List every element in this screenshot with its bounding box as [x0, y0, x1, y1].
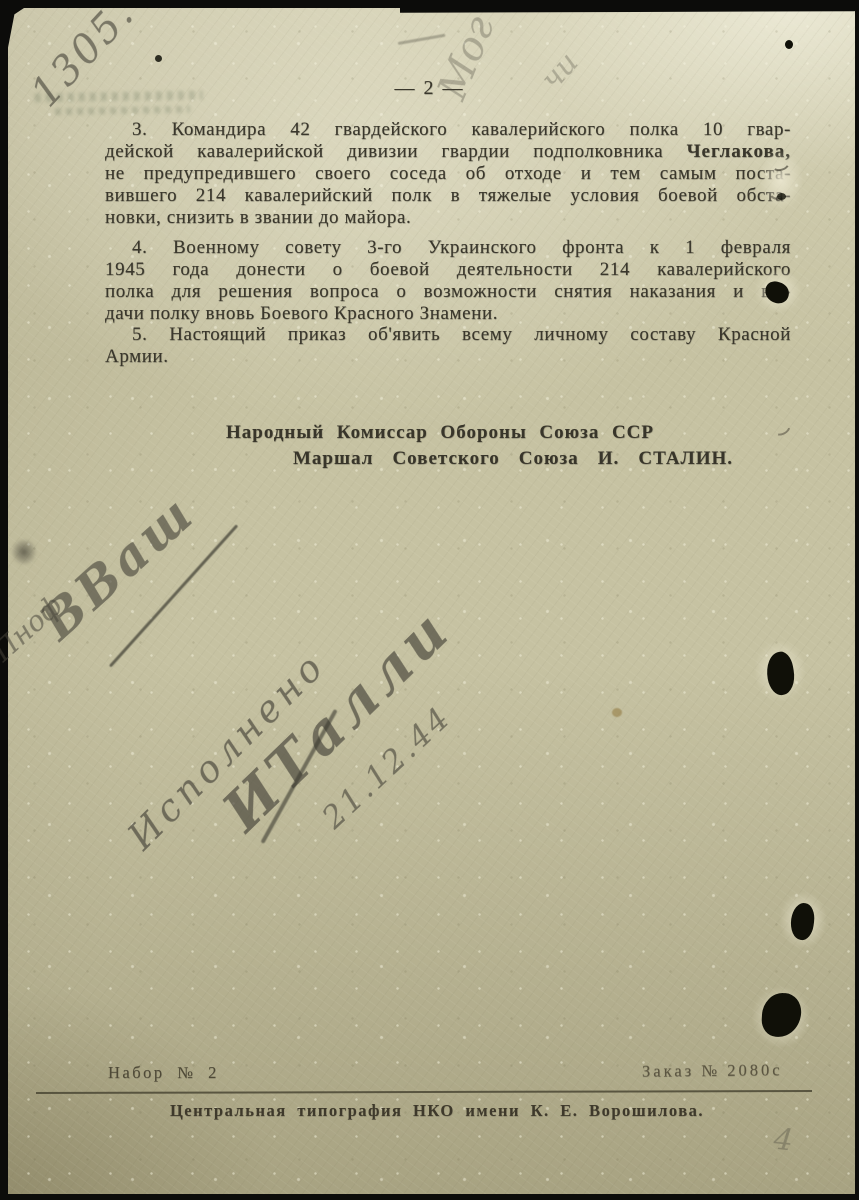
text-line: 4. Военному совету 3-го Украинского фрон… [105, 237, 791, 259]
text-line: дачи полку вновь Боевого Красного Знамен… [105, 303, 791, 325]
paragraph-4: 4. Военному совету 3-го Украинского фрон… [105, 237, 791, 325]
order-number: Заказ № 2080с [642, 1060, 783, 1081]
handwritten-corner-mark: 4 [772, 1122, 795, 1159]
bleed-line [55, 106, 189, 115]
text-line: новки, снизить в звании до майора. [105, 207, 791, 229]
text-segment: Маршал Советского Союза [293, 448, 579, 469]
text-line: вившего 214 кавалерийский полк в тяжелые… [105, 185, 791, 207]
text-line: дейской кавалерийской дивизии гвардии по… [105, 141, 791, 163]
text-segment: дейской кавалерийской дивизии гвардии по… [105, 141, 663, 162]
text-line: 5. Настоящий приказ об'явить всему лично… [105, 324, 791, 346]
paper-crease [750, 138, 812, 222]
paper-stain [612, 708, 622, 717]
printing-house-line: Центральная типография НКО имени К. Е. В… [94, 1101, 780, 1121]
typeset-note: Набор № 2 [108, 1063, 219, 1083]
paragraph-3: 3. Командира 42 гвардейского кавалерийск… [105, 119, 791, 229]
text-line: 1945 года донести о боевой деятельности … [105, 259, 791, 281]
scan-frame-edge [400, 0, 859, 13]
signatory-name-line: Маршал Советского Союза И. СТАЛИН. [293, 448, 733, 470]
text-line: не предупредившего своего соседа об отхо… [105, 163, 791, 185]
ink-spot [777, 193, 786, 200]
ink-spot [155, 55, 162, 62]
text-line: 3. Командира 42 гвардейского кавалерийск… [105, 119, 791, 141]
text-line: Армии. [105, 346, 791, 368]
paragraph-5: 5. Настоящий приказ об'явить всему лично… [105, 324, 791, 368]
stalin-name: И. СТАЛИН. [598, 448, 733, 469]
scan-background: — 2 — 3. Командира 42 гвардейского кавал… [0, 0, 859, 1200]
text-line: полка для решения вопроса о возможности … [105, 281, 791, 303]
pencil-smudge [6, 533, 42, 571]
signatory-title-line: Народный Комиссар Обороны Союза ССР [226, 422, 654, 444]
ink-spot [785, 40, 793, 49]
